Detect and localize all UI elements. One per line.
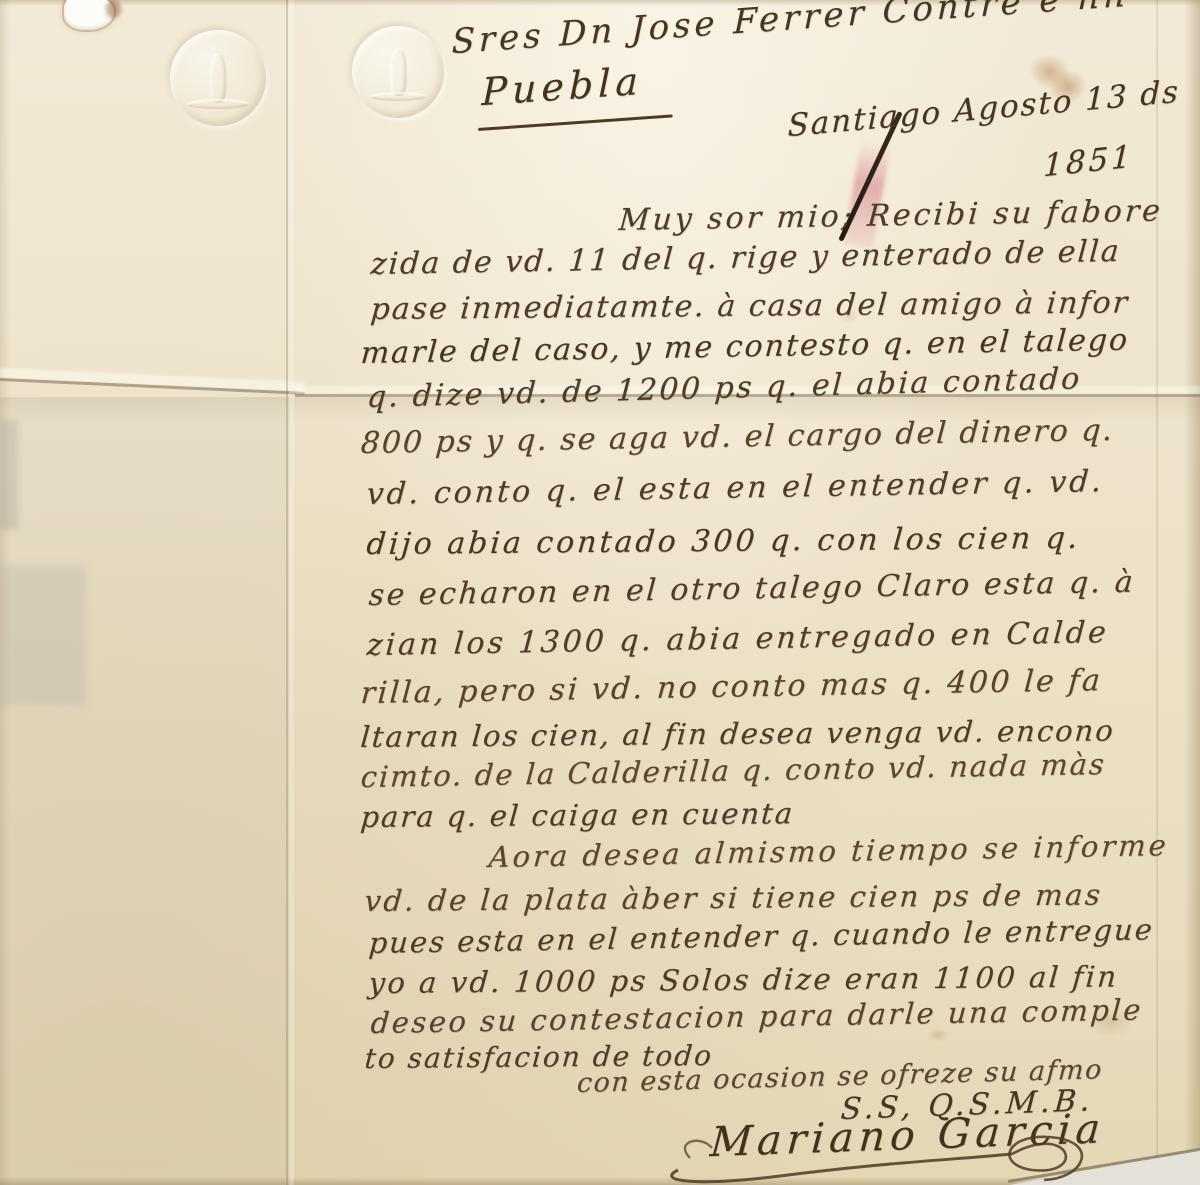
- fold-crease-horizontal-left: [0, 378, 305, 395]
- recipient-line: Sres Dn Jose Ferrer Contre e hh: [451, 0, 1130, 62]
- seal-figure-icon: [209, 53, 226, 103]
- fold-crease-vertical: [286, 0, 288, 1185]
- grey-patch-left-large: [0, 566, 86, 706]
- left-column-tone: [0, 397, 290, 1185]
- embossed-seal-right-icon: [352, 26, 444, 118]
- right-edge-shadow: [1184, 0, 1200, 1185]
- fold-crease-horizontal-left-highlight: [0, 368, 305, 392]
- body-line: dijo abia contado 300 q. con los cien q.: [365, 521, 1082, 562]
- body-line: rilla, pero si vd. no conto mas q. 400 l…: [360, 663, 1104, 711]
- body-line: pues esta en el entender q. cuando le en…: [368, 912, 1156, 960]
- seal-base-icon: [369, 92, 428, 101]
- year-line: 1851: [1043, 138, 1135, 184]
- embossed-seal-left-icon: [170, 30, 266, 126]
- body-line: pase inmediatamte. à casa del amigo à in…: [369, 285, 1130, 327]
- fold-crease-vertical-right: [1156, 0, 1158, 1185]
- body-line: zian los 1300 q. abia entregado en Calde: [366, 615, 1110, 663]
- signature-name: Mariano Garcia: [709, 1104, 1107, 1166]
- left-edge-shadow: [0, 0, 10, 1185]
- body-line: zida de vd. 11 del q. rige y enterado de…: [370, 234, 1122, 282]
- destination-underline: [478, 114, 673, 130]
- seal-figure-icon: [390, 48, 407, 96]
- fold-crease-vertical-highlight: [289, 0, 294, 1185]
- body-line: se echaron en el otro talego Claro esta …: [368, 565, 1137, 613]
- body-line: vd. de la plata àber si tiene cien ps de…: [363, 878, 1104, 918]
- body-line: deseo su contestacion para darle una com…: [370, 993, 1145, 1041]
- body-line: para q. el caiga en cuenta: [359, 796, 795, 834]
- letter-scan-page: Sres Dn Jose Ferrer Contre e hh Puebla S…: [0, 0, 1200, 1185]
- singe-mark: [106, 0, 121, 18]
- body-line: vd. conto q. el esta en el entender q. v…: [366, 464, 1106, 512]
- body-line: Muy sor mio; Recibi su fabore: [618, 194, 1165, 239]
- bottom-edge-shadow: [0, 1177, 1200, 1185]
- body-line: Aora desea almismo tiempo se informe: [488, 828, 1170, 874]
- body-line: cimto. de la Calderilla q. conto vd. nad…: [360, 747, 1108, 794]
- body-line: 800 ps y q. se aga vd. el cargo del dine…: [360, 413, 1116, 461]
- paper-tear-hole: [64, 0, 114, 30]
- seal-base-icon: [187, 99, 248, 109]
- dateline: Santiago Agosto 13 ds: [787, 74, 1180, 145]
- body-line: q. dize vd. de 1200 ps q. el abia contad…: [366, 361, 1083, 415]
- grey-patch-left-small: [0, 420, 18, 530]
- destination-line: Puebla: [481, 59, 643, 114]
